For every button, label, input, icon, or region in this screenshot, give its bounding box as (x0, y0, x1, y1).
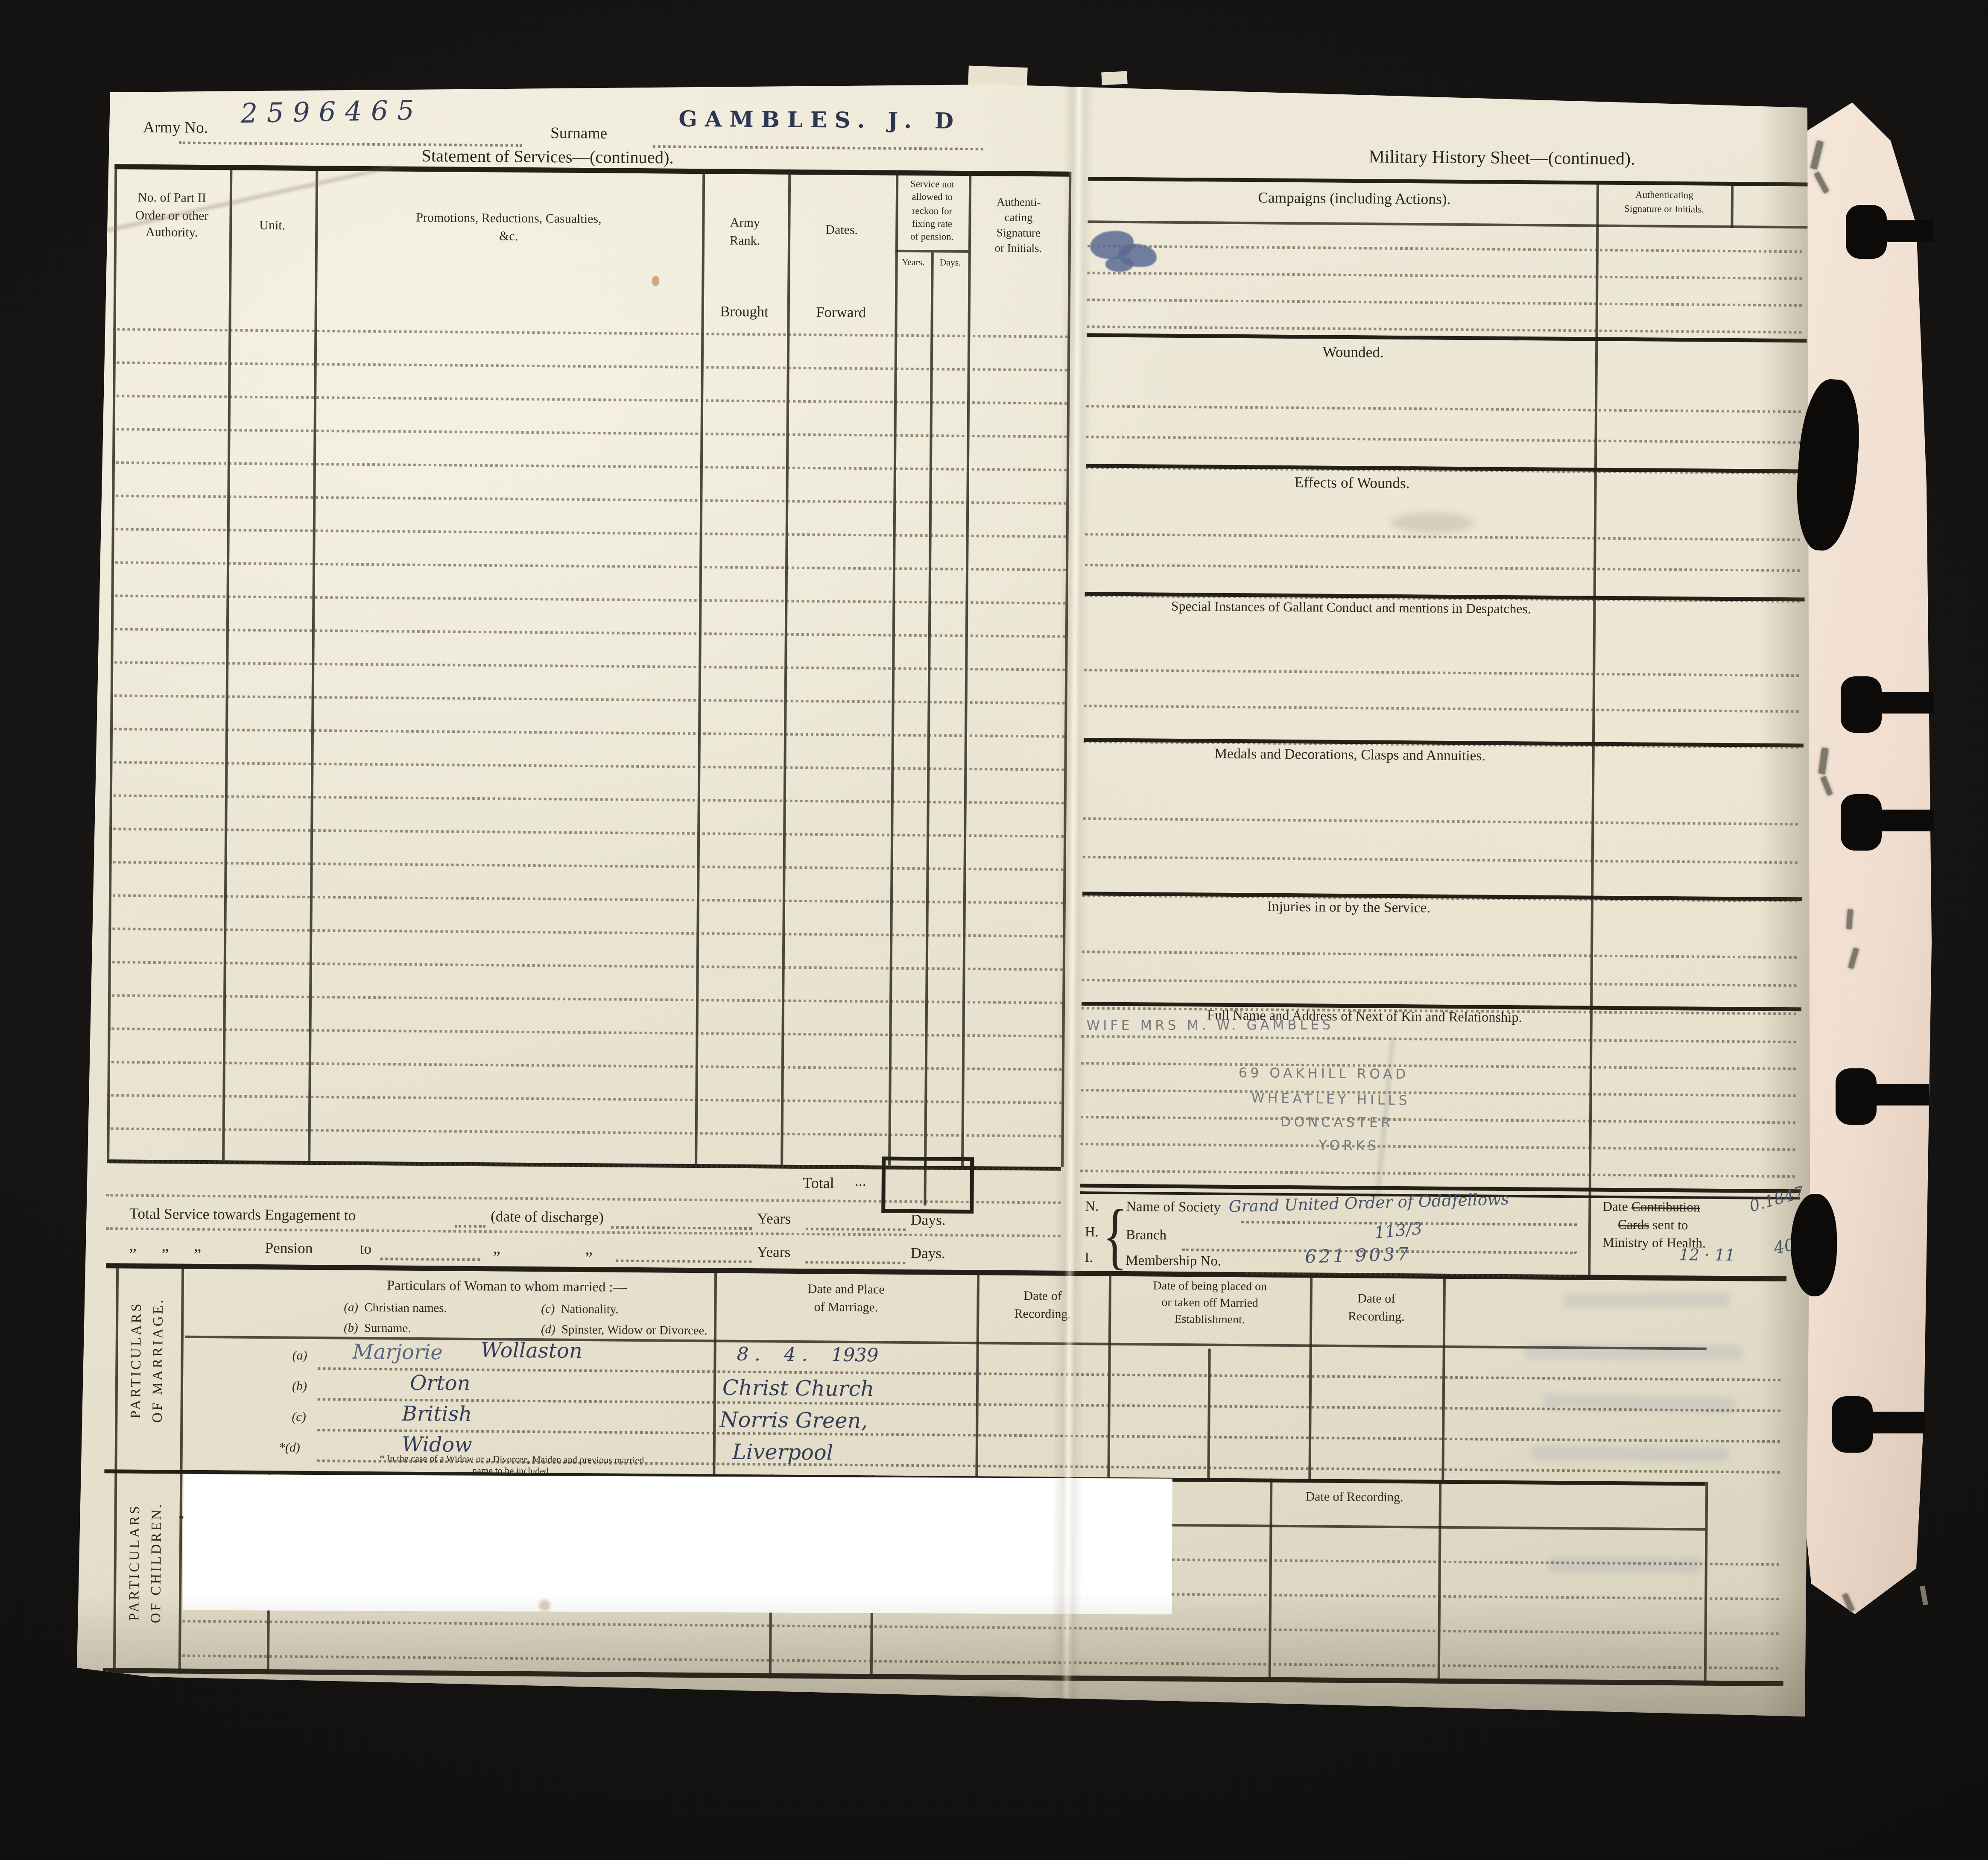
key-b: (b) Surname. (344, 1322, 411, 1336)
col-header-years: Years. (895, 257, 931, 268)
section-title-medals: Medals and Decorations, Clasps and Annui… (1107, 746, 1593, 765)
key-a-mark: (a) (344, 1301, 358, 1315)
campaigns-rows (1087, 220, 1802, 333)
total-service-line: Total Service towards Engagement to (129, 1205, 356, 1225)
total-cells-box (881, 1156, 974, 1214)
years-label-1: Years (757, 1209, 791, 1229)
years-days-rule (895, 250, 968, 252)
wife-surname: Orton (410, 1371, 471, 1395)
marriage-divider (1107, 1274, 1111, 1480)
col-header-established: Date of being placed on or taken off Mar… (1114, 1279, 1306, 1331)
wife-christian-name: Marjorie (352, 1339, 443, 1365)
nhi-brace: { (1102, 1192, 1128, 1279)
wife-maiden-name: Wollaston (480, 1338, 582, 1363)
section-title-campaigns: Campaigns (including Actions). (1124, 187, 1585, 210)
nhi-date-line2: Cards sent to (1618, 1219, 1688, 1233)
punch-slot-stem (1868, 1084, 1929, 1105)
form-sheet: Army No. 2596465 Surname GAMBLES. J. D S… (73, 79, 1810, 1719)
section-title-injuries: Injuries in or by the Service. (1118, 898, 1579, 917)
auth-col-right-edge (1731, 182, 1733, 228)
age-spot (539, 1600, 550, 1611)
col-header-rank: Army Rank. (705, 215, 786, 251)
age-spot (971, 1693, 1022, 1706)
dotted-row (1083, 820, 1798, 864)
section-title-gallant: Special Instances of Gallant Conduct and… (1092, 600, 1610, 618)
nok-line-1: WIFE MRS M. W. GAMBLES (1087, 1018, 1334, 1034)
years-label-2: Years (757, 1243, 790, 1262)
col-header-service-not: Service not allowed to reckon for fixing… (894, 178, 970, 244)
form-content: Army No. 2596465 Surname GAMBLES. J. D S… (87, 79, 1809, 1730)
key-b-mark: (b) (344, 1322, 358, 1336)
ditto-marks: „ „ „ (129, 1235, 201, 1256)
bleed-through (1525, 1343, 1742, 1360)
row-c-mark: (c) (292, 1411, 306, 1425)
bleed-through (1564, 1293, 1730, 1308)
right-table-top-border (1088, 177, 1808, 186)
date-word: Date (1602, 1201, 1628, 1215)
marriage-divider (713, 1270, 717, 1477)
ditto-q1: „ (493, 1238, 500, 1258)
injuries-rows (1082, 925, 1797, 1015)
nhi-h: H. (1085, 1225, 1099, 1240)
punch-slot-stem (1873, 692, 1934, 714)
ink-blot (1105, 257, 1134, 272)
next-of-kin-rows (1080, 1011, 1796, 1178)
staple (1920, 1585, 1928, 1605)
wife-nationality: British (402, 1401, 472, 1426)
marriage-divider (1441, 1276, 1446, 1483)
marriage-divider (1308, 1275, 1313, 1481)
key-c-label: Nationality. (561, 1303, 619, 1317)
scanned-document-stage: Army No. 2596465 Surname GAMBLES. J. D S… (0, 0, 1988, 1860)
days-label-2: Days. (910, 1244, 945, 1263)
dotted-row (1084, 635, 1799, 677)
col-header-recording-1: Date of Recording. (982, 1288, 1104, 1325)
key-b-label: Surname. (364, 1322, 411, 1336)
dotted-row (1080, 1145, 1795, 1178)
bleed-through (1530, 1446, 1729, 1462)
nhi-i: I. (1085, 1250, 1093, 1266)
days-label-1: Days. (911, 1211, 946, 1230)
total-label: Total (732, 1173, 834, 1193)
dotted-fill (616, 1260, 751, 1263)
dotted-row (1086, 407, 1801, 444)
total-dots: ... (855, 1172, 866, 1191)
col-header-dates: Dates. (790, 223, 893, 238)
section-title-wounded: Wounded. (1123, 341, 1584, 364)
branch-value: 113/3 (1374, 1220, 1423, 1244)
marriage-side-label: PARTICULARS OF MARRIAGE. (126, 1258, 170, 1463)
gallant-rows (1084, 635, 1799, 749)
key-d-label: Spinster, Widow or Divorcee. (561, 1323, 707, 1339)
service-rows (106, 297, 1068, 1237)
dotted-fill (380, 1258, 480, 1261)
col-header-recording-2: Date of Recording. (1315, 1290, 1438, 1327)
surname-label: Surname (550, 124, 608, 143)
army-no-label: Army No. (143, 118, 208, 138)
section-border (1087, 333, 1807, 342)
date-of-discharge: (date of discharge) (491, 1207, 604, 1227)
nok-line-4: DONCASTER (1281, 1115, 1394, 1131)
punch-slot-stem (1878, 220, 1934, 242)
auth-col-header: Authenticating Signature or Initials. (1600, 189, 1728, 217)
key-c-mark: (c) (541, 1302, 555, 1316)
children-bottom-border (103, 1668, 1783, 1685)
struck-contribution: Contribution (1631, 1201, 1700, 1215)
membership-label: Membership No. (1126, 1253, 1221, 1269)
membership-value: 621 9037 (1305, 1245, 1412, 1268)
surname-value: GAMBLES. J. D (678, 107, 961, 135)
dotted-row (1086, 377, 1801, 413)
col-header-auth: Authenti- cating Signature or Initials. (971, 194, 1066, 257)
society-value: Grand United Order of Oddfellows (1228, 1186, 1613, 1216)
paper-tab-top-2 (1101, 71, 1127, 85)
wounded-rows (1086, 377, 1801, 474)
right-page-title: Military History Sheet—(continued). (1226, 147, 1777, 172)
col-header-unit: Unit. (232, 219, 313, 233)
punch-slot-stem (1873, 810, 1934, 831)
dotted-row (1083, 781, 1798, 825)
section-title-effects: Effects of Wounds. (1122, 472, 1583, 494)
key-d-mark: (d) (541, 1323, 555, 1337)
punch-slot-stem (1864, 1412, 1925, 1433)
nok-line-5: YORKS (1319, 1138, 1380, 1154)
nok-line-2: 69 OAKHILL ROAD (1239, 1066, 1409, 1082)
society-label: Name of Society (1126, 1199, 1221, 1216)
row-a-mark: (a) (292, 1349, 307, 1363)
children-recording-header: Date of Recording. (1272, 1490, 1436, 1506)
ditto-q2: „ (585, 1239, 593, 1259)
dotted-fill (805, 1261, 905, 1264)
marriage-place-3: Liverpool (732, 1440, 833, 1465)
dotted-row (1087, 301, 1801, 333)
key-d: (d) Spinster, Widow or Divorcee. (541, 1323, 707, 1338)
marriage-place-2: Norris Green, (719, 1407, 868, 1433)
dotted-fill (455, 1225, 485, 1228)
dotted-row (1085, 535, 1800, 572)
struck-cards: Cards (1618, 1219, 1649, 1233)
marriage-row-rule (317, 1429, 1780, 1443)
total-cells-divider (924, 1157, 926, 1205)
nhi-n: N. (1085, 1199, 1099, 1214)
marriage-header: Particulars of Woman to whom married :— (295, 1278, 718, 1296)
sent-to: sent to (1652, 1219, 1688, 1234)
children-side-label: PARTICULARS OF CHILDREN. (124, 1460, 168, 1665)
key-a: (a) Christian names. (344, 1301, 447, 1316)
row-b-mark: (b) (292, 1380, 307, 1394)
marriage-date: 8 . 4 . 1939 (737, 1345, 878, 1367)
marriage-place-1: Christ Church (722, 1376, 874, 1401)
nhi-date-line1: Date Contribution (1602, 1201, 1700, 1216)
marriage-divider (975, 1272, 979, 1479)
age-spot (652, 276, 659, 286)
to-label: to (360, 1240, 371, 1259)
marriage-subdivider (1207, 1348, 1210, 1480)
col-header-date-place: Date and Place of Marriage. (727, 1281, 965, 1319)
branch-label: Branch (1126, 1228, 1167, 1243)
col-header-promotions: Promotions, Reductions, Casualties, &c. (318, 209, 700, 248)
col-header-days: Days. (933, 257, 968, 268)
key-c: (c) Nationality. (541, 1302, 618, 1317)
marriage-row-rule (318, 1367, 1780, 1381)
key-a-label: Christian names. (364, 1301, 447, 1316)
army-no-value: 2596465 (240, 95, 424, 129)
torn-notch (1791, 1194, 1837, 1296)
pension-label: Pension (265, 1239, 313, 1258)
nhi-hand-date: 12 · 11 (1679, 1245, 1735, 1264)
dotted-row (1084, 671, 1799, 713)
redaction-block (183, 1474, 1172, 1614)
medals-rows (1082, 781, 1798, 902)
